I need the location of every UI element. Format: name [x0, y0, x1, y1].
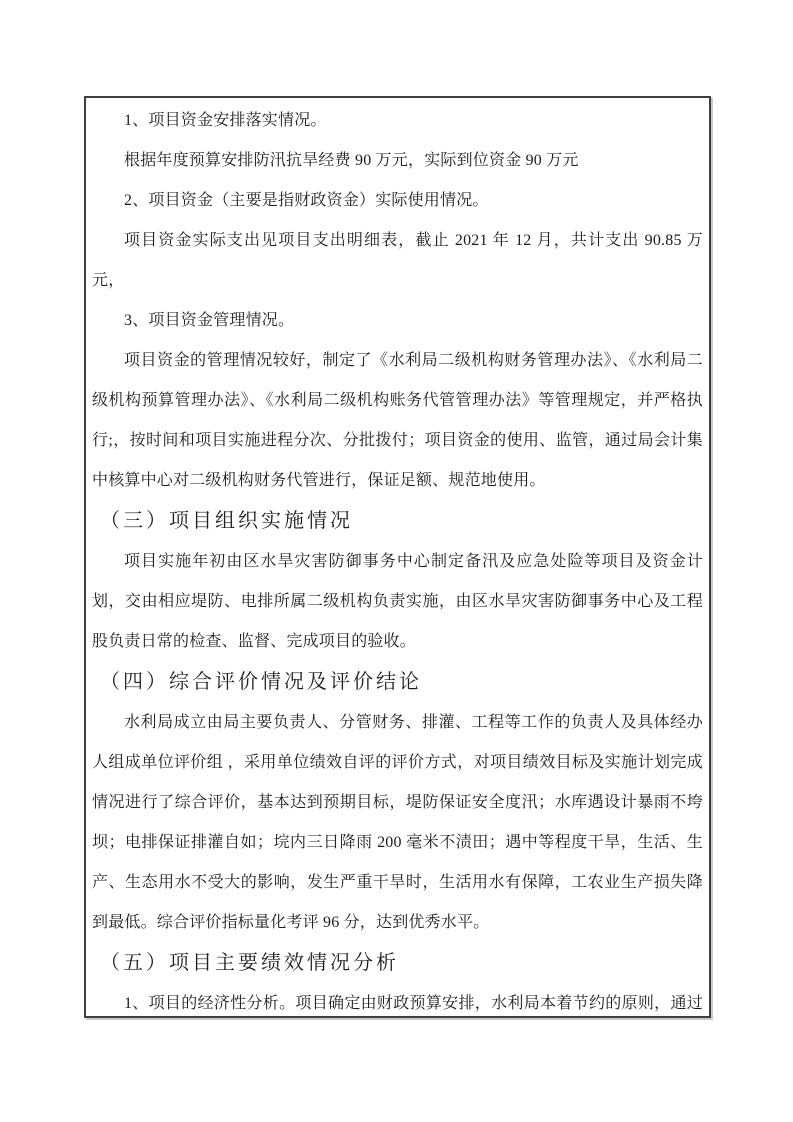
- para-budget-allocation: 根据年度预算安排防汛抗旱经费 90 万元，实际到位资金 90 万元: [92, 141, 703, 181]
- para-organization-detail: 项目实施年初由区水旱灾害防御事务中心制定备汛及应急处险等项目及资金计划，交由相应…: [92, 542, 703, 662]
- section-heading-performance: （五）项目主要绩效情况分析: [92, 943, 703, 984]
- para-economic-analysis: 1、项目的经济性分析。项目确定由财政预算安排，水利局本着节约的原则，通过预算进行…: [92, 984, 703, 1018]
- item-fund-management-title: 3、项目资金管理情况。: [92, 301, 703, 341]
- section-heading-evaluation: （四）综合评价情况及评价结论: [92, 662, 703, 703]
- content-border-box: 1、项目资金安排落实情况。 根据年度预算安排防汛抗旱经费 90 万元，实际到位资…: [84, 96, 711, 1018]
- para-fund-management-detail: 项目资金的管理情况较好，制定了《水利局二级机构财务管理办法》、《水利局二级机构预…: [92, 341, 703, 501]
- para-evaluation-detail: 水利局成立由局主要负责人、分管财务、排灌、工程等工作的负责人及具体经办人组成单位…: [92, 703, 703, 943]
- item-fund-usage-title: 2、项目资金（主要是指财政资金）实际使用情况。: [92, 181, 703, 221]
- para-fund-expenditure: 项目资金实际支出见项目支出明细表，截止 2021 年 12 月，共计支出 90.…: [92, 221, 703, 301]
- item-fund-arrangement-title: 1、项目资金安排落实情况。: [92, 101, 703, 141]
- document-page: 1、项目资金安排落实情况。 根据年度预算安排防汛抗旱经费 90 万元，实际到位资…: [0, 0, 793, 1122]
- section-heading-organization: （三）项目组织实施情况: [92, 501, 703, 542]
